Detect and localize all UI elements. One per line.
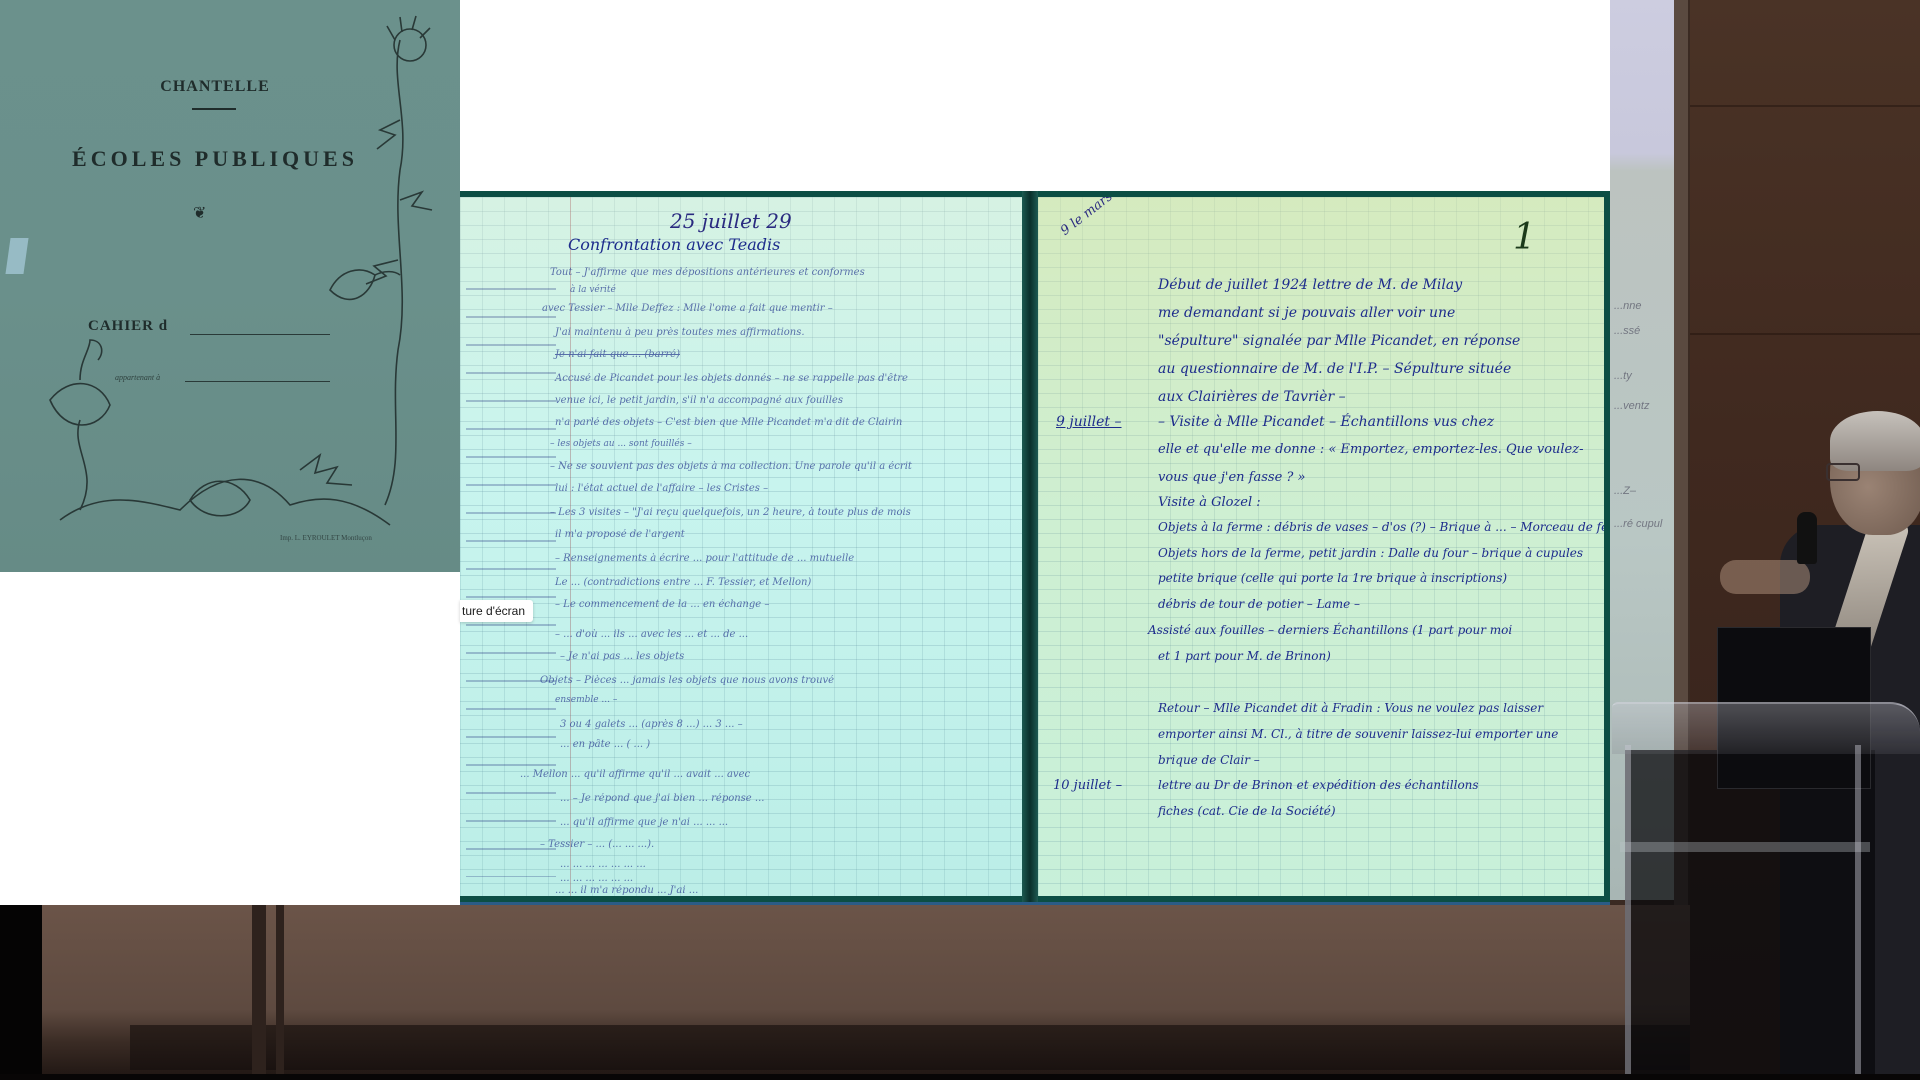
handwritten-line: Début de juillet 1924 lettre de M. de Mi… [1158,277,1462,293]
letterbox-bottom [0,1074,1920,1080]
handwritten-line: ... ... il m'a répondu ... J'ai ... [555,885,698,896]
notebook-left-page: 25 juillet 29 Confrontation avec Teadis … [460,197,1022,896]
handwritten-line: Objets hors de la ferme, petit jardin : … [1158,546,1583,560]
handwritten-line: Assisté aux fouilles – derniers Échantil… [1148,623,1512,637]
handwritten-line: vous que j'en fasse ? » [1158,470,1305,485]
page-number: 1 [1513,217,1536,258]
cover-town: CHANTELLE [0,78,430,96]
ornament-icon: ❦ [193,203,206,223]
notebook-spine [1022,191,1038,902]
corner-date-note: 9 le mars 1928 [1058,197,1145,239]
margin-notes [466,277,556,877]
left-page-title: Confrontation avec Teadis [568,235,780,254]
podium-leg [1855,745,1861,1075]
handwritten-line: n'a parlé des objets – C'est bien que Ml… [555,417,902,428]
handwritten-line: au questionnaire de M. de l'I.P. – Sépul… [1158,361,1511,377]
handwritten-line: débris de tour de potier – Lame – [1158,597,1360,611]
cover-divider [192,108,236,110]
notebook-right-page: 9 le mars 1928 1 Début de juillet 1924 l… [1038,197,1604,896]
podium-shelf [1620,842,1870,852]
left-page-date: 25 juillet 29 [670,209,792,233]
notebook-scan: 25 juillet 29 Confrontation avec Teadis … [460,191,1610,905]
handwritten-line: – Ne se souvient pas des objets à ma col… [550,461,912,472]
handwritten-line: il m'a proposé de l'argent [555,529,685,540]
handwritten-line: – Le commencement de la ... en échange – [555,599,769,610]
entry-date: 10 juillet – [1053,778,1122,793]
handwritten-line: "sépulture" signalée par Mlle Picandet, … [1158,333,1520,349]
handwritten-line: Accusé de Picandet pour les objets donné… [555,373,908,384]
handwritten-line: Le ... (contradictions entre ... F. Tess… [555,577,811,588]
handwritten-line: Objets à la ferme : débris de vases – d'… [1158,520,1604,534]
glasses-icon [1826,463,1860,481]
handwritten-line: ... ... ... ... ... ... [560,873,633,884]
handwritten-line: venue ici, le petit jardin, s'il n'a acc… [555,395,843,406]
handwritten-line: Tout – J'affirme que mes dépositions ant… [550,267,865,278]
cover-fill-line [190,334,330,335]
handwritten-line: emporter ainsi M. Cl., à titre de souven… [1158,727,1558,741]
podium [1625,750,1875,1080]
handwritten-line: à la vérité [570,285,616,295]
handwritten-line: – les objets au ... sont fouillés – [550,439,692,449]
microphone-icon [1797,512,1817,564]
cover-owner-label: appartenant à [115,373,160,382]
handwritten-line: ... Mellon ... qu'il affirme qu'il ... a… [520,769,750,780]
margin-rule [570,197,571,896]
entry-date: 9 juillet – [1056,414,1122,430]
handwritten-line: – Renseignements à écrire ... pour l'att… [555,553,854,564]
podium-leg [1625,745,1631,1075]
handwritten-line: J'ai maintenu à peu près toutes mes affi… [555,327,805,338]
speaker-hand [1720,560,1810,594]
stand-pole [252,905,266,1075]
handwritten-line: – Visite à Mlle Picandet – Échantillons … [1158,414,1494,430]
handwritten-line: me demandant si je pouvais aller voir un… [1158,305,1455,321]
handwritten-line: petite brique (celle qui porte la 1re br… [1158,571,1507,585]
handwritten-line: – Les 3 visites – "J'ai reçu quelquefois… [550,507,911,518]
handwritten-line: – Je n'ai pas ... les objets [560,651,684,662]
handwritten-line: ensemble ... – [555,695,617,705]
handwritten-line: 3 ou 4 galets ... (après 8 ...) ... 3 ..… [560,719,743,730]
baseboard [130,1025,1690,1070]
handwritten-line: ... ... ... ... ... ... ... [560,859,646,870]
handwritten-line: avec Tessier – Mlle Deffez : Mlle l'ome … [542,303,833,314]
handwritten-line: lettre au Dr de Brinon et expédition des… [1158,778,1479,792]
handwritten-line: Visite à Glozel : [1158,495,1261,510]
handwritten-line: fiches (cat. Cie de la Société) [1158,804,1336,818]
letterbox-left [0,905,42,1080]
handwritten-line: ... qu'il affirme que je n'ai ... ... ..… [560,817,728,828]
handwritten-line: ... – Je répond que j'ai bien ... répons… [560,793,764,804]
screenshot-tooltip: ture d'écran [460,600,533,622]
handwritten-line: Retour – Mlle Picandet dit à Fradin : Vo… [1158,701,1543,715]
notebook-cover-image: CHANTELLE ÉCOLES PUBLIQUES ❦ CAHIER d ap… [0,0,460,572]
handwritten-line: lui : l'état actuel de l'affaire – les C… [555,483,768,494]
stand-pole [276,905,284,1075]
handwritten-line: brique de Clair – [1158,753,1260,767]
handwritten-line-struck: Je n'ai fait que ... (barré) [555,349,680,360]
cover-heading: ÉCOLES PUBLIQUES [0,146,430,172]
cover-fill-line [185,381,330,382]
handwritten-line: elle et qu'elle me donne : « Emportez, e… [1158,442,1584,457]
handwritten-line: ... en pâte ... ( ... ) [560,739,650,750]
blank-area-left [0,572,460,905]
podium-top [1612,702,1920,754]
handwritten-line: aux Clairières de Tavrièr – [1158,389,1346,405]
cover-cahier-label: CAHIER d [88,318,168,335]
blank-area-top [460,0,1610,191]
handwritten-line: – Tessier – ... (... ... ...). [540,839,654,850]
handwritten-line: Objets – Pièces ... jamais les objets qu… [540,675,834,686]
handwritten-line: et 1 part pour M. de Brinon) [1158,649,1331,663]
cover-printer-credit: Imp. L. EYROULET Montluçon [280,534,372,542]
handwritten-line: – ... d'où ... ils ... avec les ... et .… [555,629,748,640]
